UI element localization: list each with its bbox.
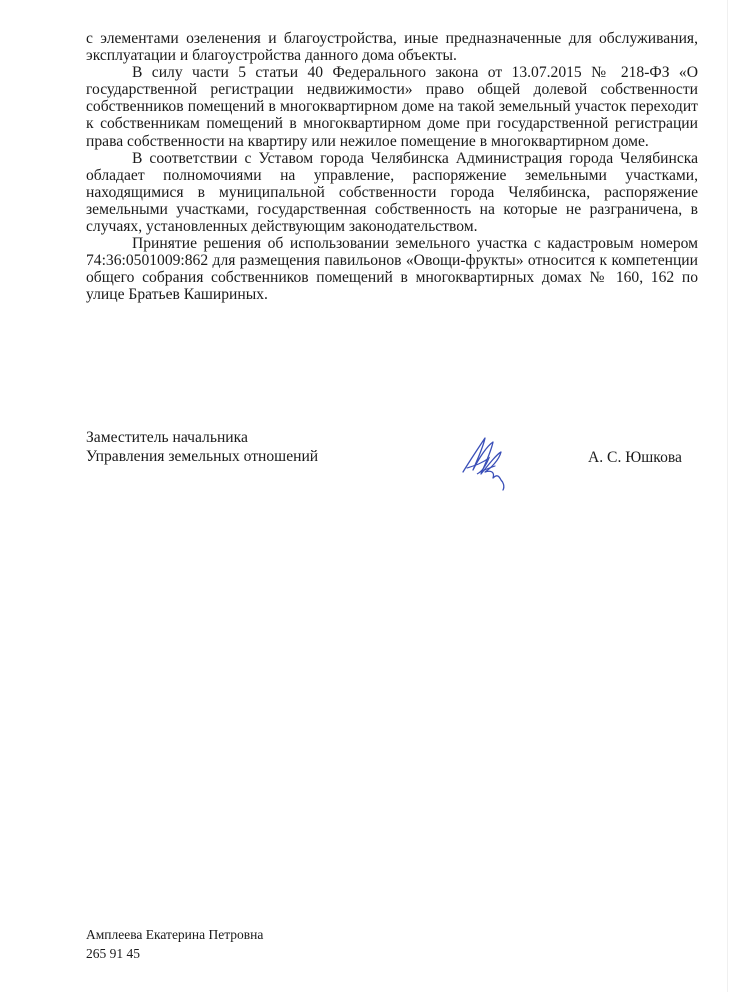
signatory-name: А. С. Юшкова (588, 448, 682, 467)
executor-name: Амплеева Екатерина Петровна (86, 925, 263, 944)
signatory-title: Заместитель начальника Управления земель… (86, 428, 318, 466)
executor-phone: 265 91 45 (86, 944, 263, 963)
executor-contact: Амплеева Екатерина Петровна 265 91 45 (86, 925, 263, 963)
handwritten-signature-icon (455, 428, 519, 492)
letter-body: с элементами озеленения и благоустройств… (86, 30, 698, 304)
signatory-title-line1: Заместитель начальника (86, 428, 318, 447)
scan-edge (727, 0, 728, 992)
paragraph-federal-law: В силу части 5 статьи 40 Федерального за… (86, 64, 698, 149)
paragraph-decision: Принятие решения об использовании земель… (86, 235, 698, 303)
paragraph-continuation: с элементами озеленения и благоустройств… (86, 30, 698, 64)
paragraph-city-charter: В соответствии с Уставом города Челябинс… (86, 150, 698, 235)
document-page: с элементами озеленения и благоустройств… (0, 0, 739, 992)
signatory-title-line2: Управления земельных отношений (86, 447, 318, 466)
